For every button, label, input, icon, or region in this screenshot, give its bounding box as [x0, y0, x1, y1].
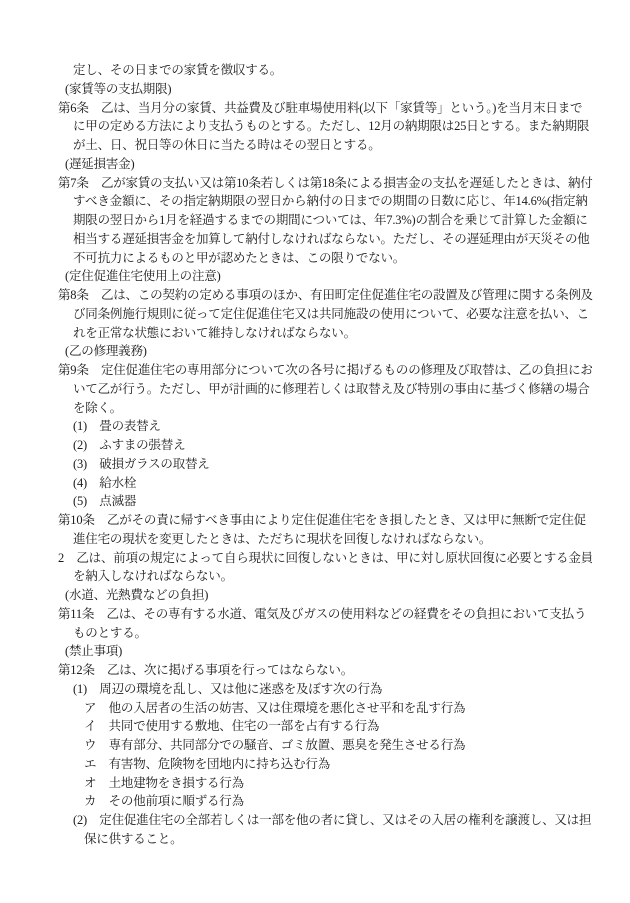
document-line: 第9条 定住促進住宅の専用部分について次の各号に掲げるものの修理及び取替は、乙の… — [0, 361, 630, 380]
document-line: イ 共同で使用する敷地、住宅の一部を占有する行為 — [0, 717, 630, 736]
document-line: れを正常な状態において維持しなければならない。 — [0, 324, 630, 343]
document-line: 第12条 乙は、次に掲げる事項を行ってはならない。 — [0, 661, 630, 680]
document-line: (3) 破損ガラスの取替え — [0, 455, 630, 474]
document-line: を除く。 — [0, 399, 630, 418]
document-line: (定住促進住宅使用上の注意) — [0, 267, 630, 286]
document-line: 不可抗力によるものと甲が認めたときは、この限りでない。 — [0, 249, 630, 268]
document-page: 定し、その日までの家賃を徴収する。(家賃等の支払期限)第6条 乙は、当月分の家賃… — [0, 0, 630, 903]
document-line: 第6条 乙は、当月分の家賃、共益費及び駐車場使用料(以下「家賃等」という。)を当… — [0, 99, 630, 118]
document-line: が土、日、祝日等の休日に当たる時はその翌日とする。 — [0, 136, 630, 155]
document-line: を納入しなければならない。 — [0, 567, 630, 586]
document-line: 保に供すること。 — [0, 830, 630, 849]
document-line: (1) 周辺の環境を乱し、又は他に迷惑を及ぼす次の行為 — [0, 680, 630, 699]
document-line: (乙の修理義務) — [0, 342, 630, 361]
document-line: すべき金額に、その指定納期限の翌日から納付の日までの期間の日数に応じ、年14.6… — [0, 192, 630, 211]
document-line: 第8条 乙は、この契約の定める事項のほか、有田町定住促進住宅の設置及び管理に関す… — [0, 286, 630, 305]
document-line: (5) 点滅器 — [0, 492, 630, 511]
document-line: エ 有害物、危険物を団地内に持ち込む行為 — [0, 755, 630, 774]
document-line: 第10条 乙がその責に帰すべき事由により定住促進住宅をき損したとき、又は甲に無断… — [0, 511, 630, 530]
document-line: (4) 給水栓 — [0, 474, 630, 493]
document-line: 定し、その日までの家賃を徴収する。 — [0, 61, 630, 80]
document-line: いて乙が行う。ただし、甲が計画的に修理若しくは取替え及び特別の事由に基づく修繕の… — [0, 380, 630, 399]
document-line: (2) 定住促進住宅の全部若しくは一部を他の者に貸し、又はその入居の権利を譲渡し… — [0, 811, 630, 830]
document-line: カ その他前項に順ずる行為 — [0, 792, 630, 811]
document-line: 第7条 乙が家賃の支払い又は第10条若しくは第18条による損害金の支払を遅延した… — [0, 174, 630, 193]
document-line: ア 他の入居者の生活の妨害、又は住環境を悪化させ平和を乱す行為 — [0, 699, 630, 718]
document-body: 定し、その日までの家賃を徴収する。(家賃等の支払期限)第6条 乙は、当月分の家賃… — [0, 61, 630, 849]
document-line: (1) 畳の表替え — [0, 417, 630, 436]
document-line: オ 土地建物をき損する行為 — [0, 774, 630, 793]
document-line: ものとする。 — [0, 624, 630, 643]
document-line: 進住宅の現状を変更したときは、ただちに現状を回復しなければならない。 — [0, 530, 630, 549]
document-line: び同条例施行規則に従って定住促進住宅又は共同施設の使用について、必要な注意を払い… — [0, 305, 630, 324]
document-line: ウ 専有部分、共同部分での騒音、ゴミ放置、悪臭を発生させる行為 — [0, 736, 630, 755]
document-line: に甲の定める方法により支払うものとする。ただし、12月の納期限は25日とする。ま… — [0, 117, 630, 136]
document-line: (家賃等の支払期限) — [0, 80, 630, 99]
document-line: 第11条 乙は、その専有する水道、電気及びガスの使用料などの経費をその負担におい… — [0, 605, 630, 624]
document-line: 2 乙は、前項の規定によって自ら現状に回復しないときは、甲に対し原状回復に必要と… — [0, 549, 630, 568]
document-line: (遅延損害金) — [0, 155, 630, 174]
document-line: (禁止事項) — [0, 642, 630, 661]
document-line: 期限の翌日から1月を経過するまでの期間については、年7.3%)の割合を乗じて計算… — [0, 211, 630, 230]
document-line: 相当する遅延損害金を加算して納付しなければならない。ただし、その遅延理由が天災そ… — [0, 230, 630, 249]
document-line: (水道、光熱費などの負担) — [0, 586, 630, 605]
document-line: (2) ふすまの張替え — [0, 436, 630, 455]
